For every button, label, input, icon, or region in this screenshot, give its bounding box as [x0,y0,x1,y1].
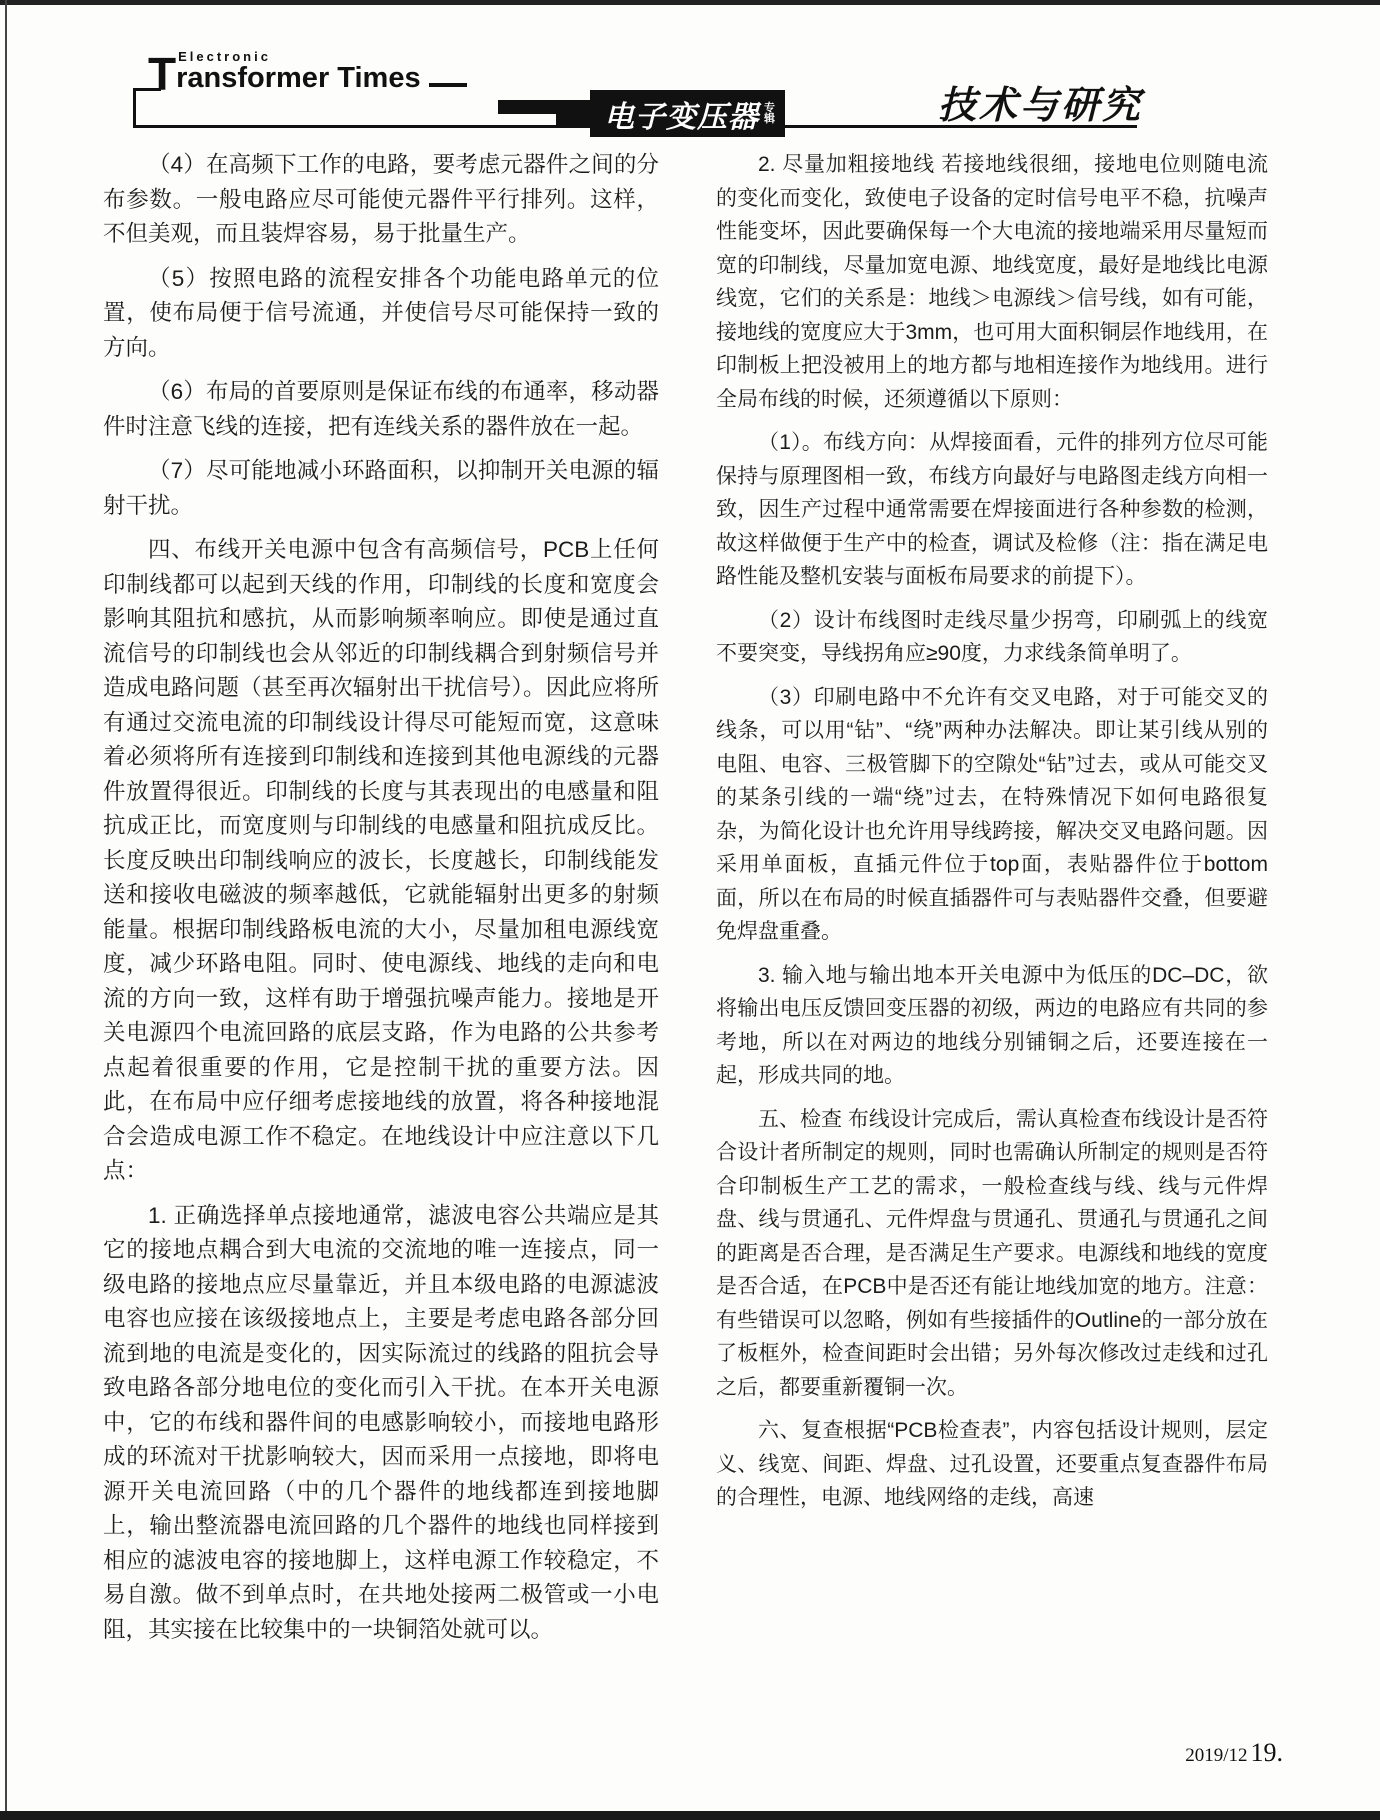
page-footer: 2019/12 19. [1185,1738,1283,1768]
left-column: （4）在高频下工作的电路，要考虑元器件之间的分布参数。一般电路应尽可能使元器件平… [103,148,659,1657]
paragraph-rule-1: （1）。布线方向：从焊接面看，元件的排列方位尽可能保持与原理图相一致，布线方向最… [716,426,1268,594]
badge-subtitle-top: 专 [764,103,775,114]
magazine-page: T Electronic ransformer Times 电子变压器 专 辑 … [0,0,1380,1820]
page-frame-left [5,0,7,1820]
footer-issue-label: 2019/12 [1185,1745,1247,1767]
logo-title-label: ransformer Times [176,64,420,93]
paragraph-ground-point-3: 3. 输入地与输出地本开关电源中为低压的DC–DC，欲将输出电压反馈回变压器的初… [716,959,1268,1093]
badge-title-label: 电子变压器 [604,92,759,136]
paragraph-ground-point-1: 1. 正确选择单点接地通常，滤波电容公共端应是其它的接地点耦合到大电流的交流地的… [103,1199,659,1648]
paragraph-section-four: 四、布线开关电源中包含有高频信号，PCB上任何印制线都可以起到天线的作用，印制线… [103,533,659,1189]
badge-subtitle: 专 辑 [764,103,775,125]
paragraph-section-six: 六、复查根据“PCB检查表”，内容包括设计规则，层定义、线宽、间距、焊盘、过孔设… [716,1414,1268,1515]
paragraph-left-7: （7）尽可能地减小环路面积，以抑制开关电源的辐射干扰。 [103,454,659,523]
paragraph-left-6: （6）布局的首要原则是保证布线的布通率，移动器件时注意飞线的连接，把有连线关系的… [103,375,659,444]
badge-subtitle-bottom: 辑 [764,114,775,125]
masthead-bracket-vertical [133,88,136,128]
page-frame-bottom [0,1811,1380,1820]
paragraph-rule-2: （2）设计布线图时走线尽量少拐弯，印刷弧上的线宽不要突变，导线拐角应≥90度，力… [716,604,1268,671]
paragraph-left-5: （5）按照电路的流程安排各个功能电路单元的位置，使布局便于信号流通，并使信号尽可… [103,262,659,366]
badge-step-small [498,100,556,114]
masthead-logo: T Electronic ransformer Times [148,50,467,93]
section-title: 技术与研究 [938,74,1143,129]
logo-text-stack: Electronic ransformer Times [176,50,420,93]
right-column: 2. 尽量加粗接地线 若接地线很细，接地电位则随电流的变化而变化，致使电子设备的… [716,148,1268,1525]
paragraph-rule-3: （3）印刷电路中不允许有交叉电路，对于可能交叉的线条，可以用“钻”、“绕”两种办… [716,681,1268,949]
paragraph-section-five: 五、检查 布线设计完成后，需认真检查布线设计是否符合设计者所制定的规则，同时也需… [716,1103,1268,1405]
footer-page-number: 19. [1251,1738,1284,1768]
paragraph-ground-point-2: 2. 尽量加粗接地线 若接地线很细，接地电位则随电流的变化而变化，致使电子设备的… [716,148,1268,416]
badge-banner: 电子变压器 专 辑 [590,90,785,137]
magazine-badge: 电子变压器 专 辑 [498,90,785,137]
masthead-bracket-horizontal [133,88,161,91]
paragraph-left-4: （4）在高频下工作的电路，要考虑元器件之间的分布参数。一般电路应尽可能使元器件平… [103,148,659,252]
logo-dash-rule [429,83,467,87]
page-frame-top [0,0,1380,5]
badge-step-large [556,100,590,128]
